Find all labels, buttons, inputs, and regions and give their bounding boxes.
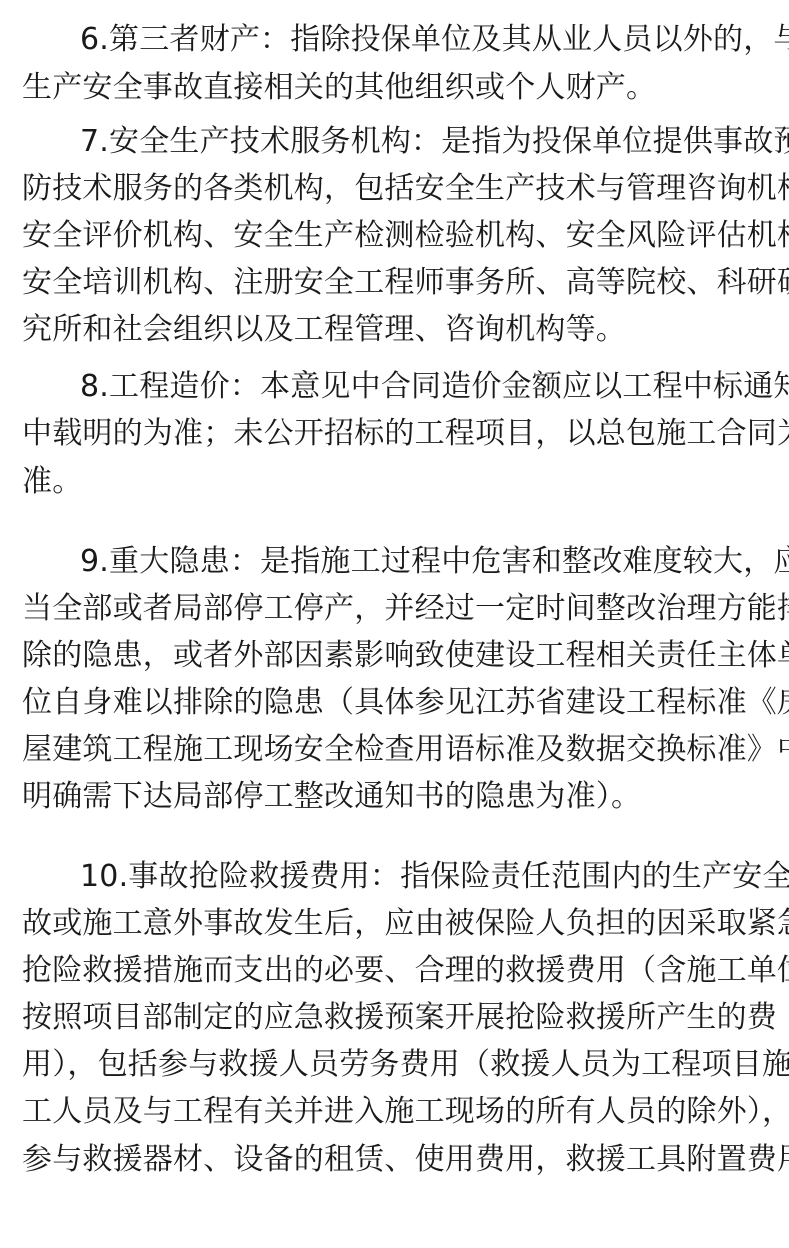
paragraph-10-line-4: 按照项目部制定的应急救援预案开展抢险救援所产生的费 [22,998,777,1038]
paragraph-10-line-7: 参与救援器材、设备的租赁、使用费用，救援工具附置费用。 [22,1140,789,1180]
paragraph-9-line-1: 9.重大隐患：是指施工过程中危害和整改难度较大，应 [80,542,789,582]
paragraph-7-line-4: 安全培训机构、注册安全工程师事务所、高等院校、科研研 [22,263,789,303]
paragraph-10-line-3: 抢险救援措施而支出的必要、合理的救援费用（含施工单位 [22,951,789,991]
paragraph-6-line-1: 6.第三者财产：指除投保单位及其从业人员以外的，与 [80,20,789,60]
paragraph-7-line-1: 7.安全生产技术服务机构：是指为投保单位提供事故预 [80,122,789,162]
document-page: 6.第三者财产：指除投保单位及其从业人员以外的，与 生产安全事故直接相关的其他组… [0,0,789,1248]
paragraph-9-line-2: 当全部或者局部停工停产，并经过一定时间整改治理方能排 [22,589,789,629]
paragraph-10-line-6: 工人员及与工程有关并进入施工现场的所有人员的除外）， [22,1092,789,1132]
paragraph-9-line-3: 除的隐患，或者外部因素影响致使建设工程相关责任主体单 [22,636,789,676]
paragraph-8-line-3: 准。 [22,462,82,502]
paragraph-9-line-4: 位自身难以排除的隐患（具体参见江苏省建设工程标准《房 [22,683,789,723]
paragraph-10-line-5: 用），包括参与救援人员劳务费用（救援人员为工程项目施 [22,1045,789,1085]
paragraph-7-line-3: 安全评价机构、安全生产检测检验机构、安全风险评估机构、 [22,216,789,256]
paragraph-8-line-1: 8.工程造价：本意见中合同造价金额应以工程中标通知 [80,367,789,407]
paragraph-10-line-2: 故或施工意外事故发生后，应由被保险人负担的因采取紧急 [22,904,789,944]
paragraph-6-line-2: 生产安全事故直接相关的其他组织或个人财产。 [22,68,656,108]
paragraph-9-line-5: 屋建筑工程施工现场安全检查用语标准及数据交换标准》中 [22,730,789,770]
paragraph-9-line-6: 明确需下达局部停工整改通知书的隐患为准）。 [22,777,641,817]
paragraph-10-line-1: 10.事故抢险救援费用：指保险责任范围内的生产安全事 [80,857,789,897]
paragraph-7-line-5: 究所和社会组织以及工程管理、咨询机构等。 [22,310,626,350]
paragraph-8-line-2: 中载明的为准；未公开招标的工程项目，以总包施工合同为 [22,414,789,454]
paragraph-7-line-2: 防技术服务的各类机构，包括安全生产技术与管理咨询机构、 [22,169,789,209]
